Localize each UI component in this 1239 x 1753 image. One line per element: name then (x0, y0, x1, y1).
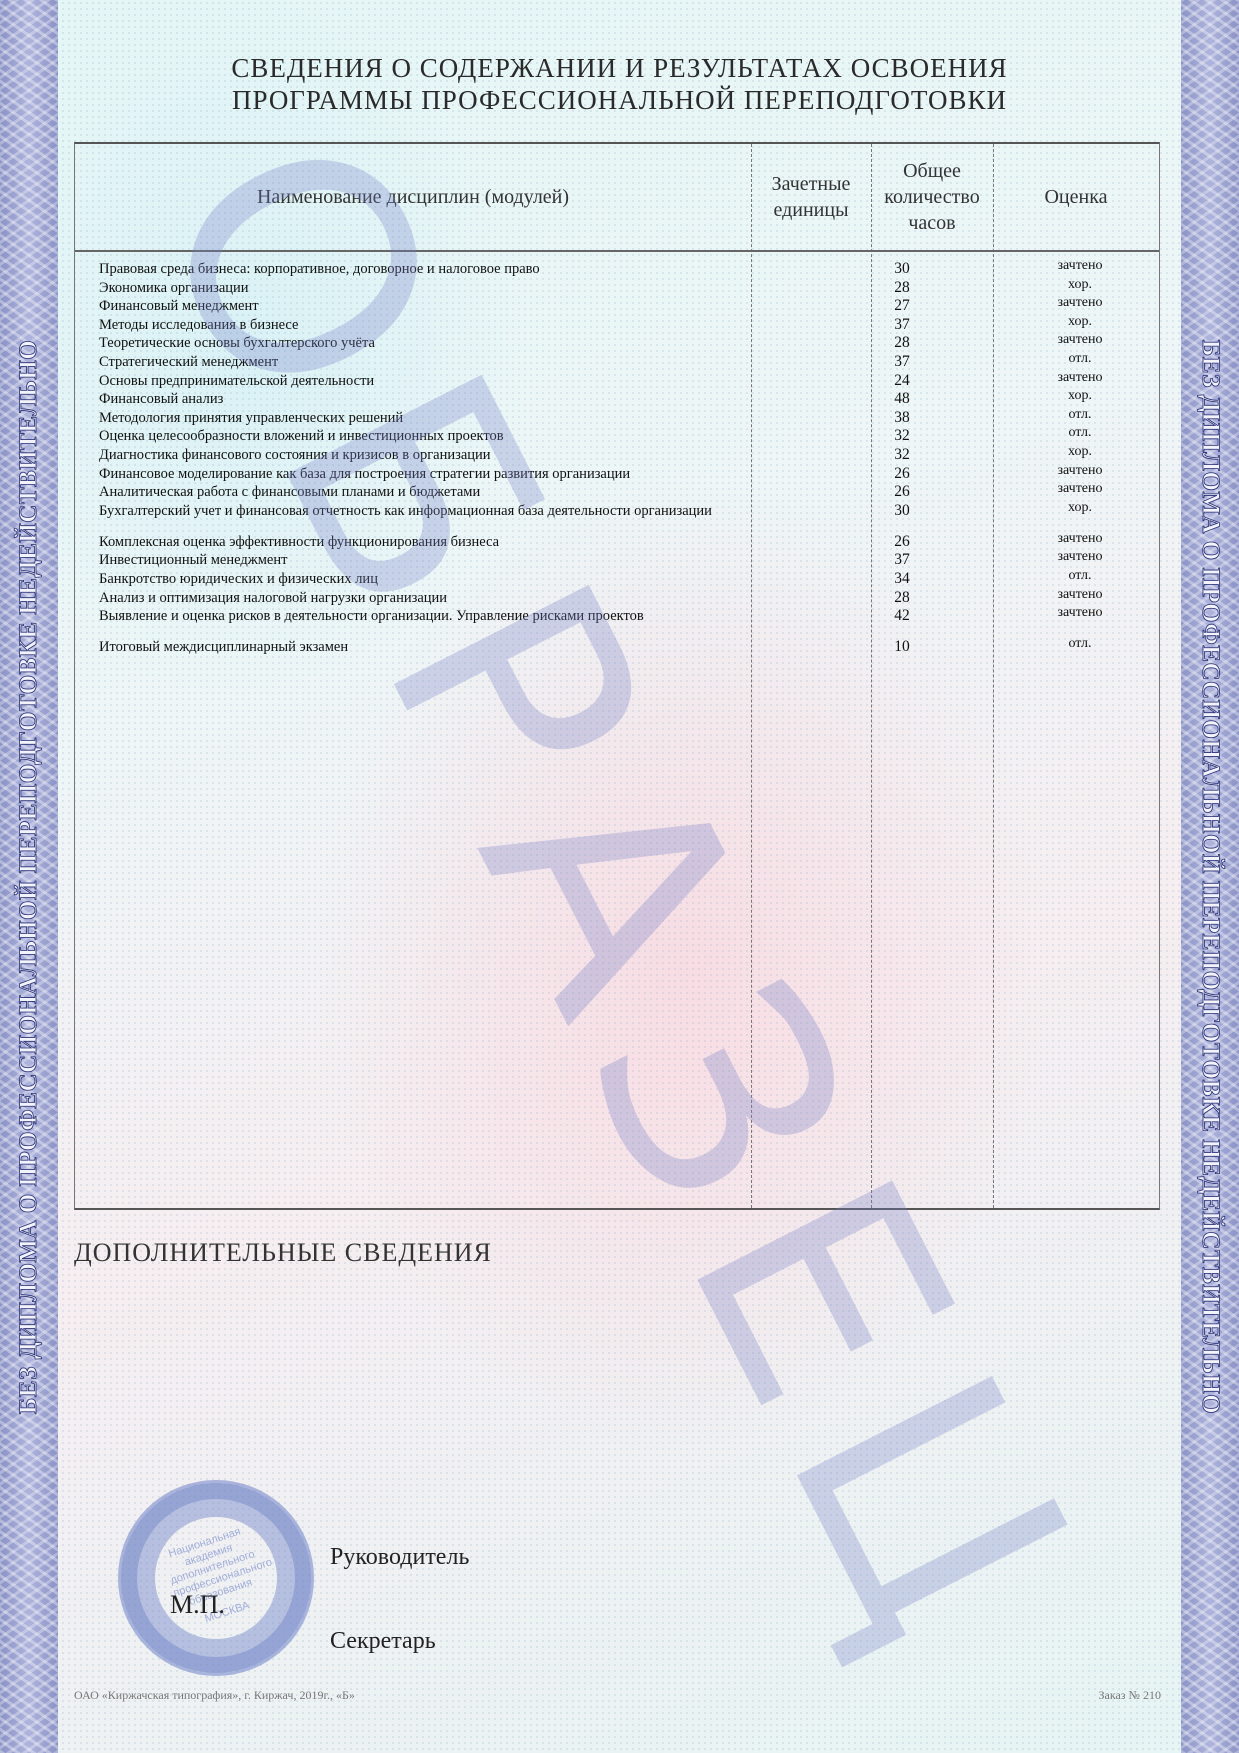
cell-hours: 10 (877, 639, 927, 655)
page-title: СВЕДЕНИЯ О СОДЕРЖАНИИ И РЕЗУЛЬТАТАХ ОСВО… (0, 52, 1239, 116)
cell-grade: зачтено (1030, 587, 1130, 603)
table-row: Методы исследования в бизнесе37хор. (75, 317, 1159, 336)
header-hours: Общее количество часов (871, 144, 993, 250)
cell-grade: хор. (1030, 444, 1130, 460)
cell-grade: отл. (1030, 425, 1130, 441)
header-hours-line: Общее (903, 158, 961, 184)
cell-grade: зачтено (1030, 549, 1130, 565)
table-row: Финансовый анализ48хор. (75, 391, 1159, 410)
cell-name: Инвестиционный менеджмент (99, 552, 739, 566)
cell-name: Оценка целесообразности вложений и инвес… (99, 428, 739, 442)
seal-label: М.П. (170, 1590, 225, 1620)
printer-imprint: ОАО «Киржачская типография», г. Киржач, … (74, 1688, 355, 1703)
cell-hours: 26 (877, 484, 927, 500)
header-credits-line: Зачетные (772, 171, 851, 197)
cell-name: Выявление и оценка рисков в деятельности… (99, 608, 739, 622)
cell-hours: 28 (877, 280, 927, 296)
cell-grade: зачтено (1030, 295, 1130, 311)
cell-name: Аналитическая работа с финансовыми плана… (99, 484, 739, 498)
cell-hours: 48 (877, 391, 927, 407)
cell-name: Методология принятия управленческих реше… (99, 410, 739, 424)
cell-hours: 27 (877, 298, 927, 314)
cell-hours: 37 (877, 354, 927, 370)
table-row: Методология принятия управленческих реше… (75, 410, 1159, 429)
table-row: Финансовый менеджмент27зачтено (75, 298, 1159, 317)
left-security-border: БЕЗ ДИПЛОМА О ПРОФЕССИОНАЛЬНОЙ ПЕРЕПОДГО… (0, 0, 58, 1753)
cell-grade: хор. (1030, 277, 1130, 293)
cell-name: Комплексная оценка эффективности функцио… (99, 534, 739, 548)
cell-hours: 37 (877, 552, 927, 568)
head-signature-label: Руководитель (330, 1544, 469, 1571)
additional-info-title: ДОПОЛНИТЕЛЬНЫЕ СВЕДЕНИЯ (74, 1238, 492, 1268)
cell-name: Экономика организации (99, 280, 739, 294)
table-row: Бухгалтерский учет и финансовая отчетнос… (75, 503, 1159, 534)
cell-name: Методы исследования в бизнесе (99, 317, 739, 331)
cell-name: Теоретические основы бухгалтерского учёт… (99, 335, 739, 349)
table-body: Правовая среда бизнеса: корпоративное, д… (75, 261, 1159, 658)
cell-grade: хор. (1030, 500, 1130, 516)
cell-name: Основы предпринимательской деятельности (99, 373, 739, 387)
table-row: Итоговый междисциплинарный экзамен10отл. (75, 639, 1159, 658)
table-header: Наименование дисциплин (модулей) Зачетны… (75, 144, 1159, 252)
cell-grade: хор. (1030, 314, 1130, 330)
cell-hours: 42 (877, 608, 927, 624)
table-row: Правовая среда бизнеса: корпоративное, д… (75, 261, 1159, 280)
cell-hours: 30 (877, 261, 927, 277)
right-security-border: БЕЗ ДИПЛОМА О ПРОФЕССИОНАЛЬНОЙ ПЕРЕПОДГО… (1181, 0, 1239, 1753)
cell-hours: 26 (877, 534, 927, 550)
official-stamp: Национальная академия дополнительного пр… (118, 1480, 314, 1676)
title-line-2: ПРОГРАММЫ ПРОФЕССИОНАЛЬНОЙ ПЕРЕПОДГОТОВК… (0, 84, 1239, 116)
cell-grade: зачтено (1030, 332, 1130, 348)
disciplines-table: Наименование дисциплин (модулей) Зачетны… (74, 142, 1160, 1210)
table-row: Аналитическая работа с финансовыми плана… (75, 484, 1159, 503)
cell-name: Бухгалтерский учет и финансовая отчетнос… (99, 503, 739, 517)
table-row: Банкротство юридических и физических лиц… (75, 571, 1159, 590)
cell-name: Стратегический менеджмент (99, 354, 739, 368)
cell-hours: 28 (877, 335, 927, 351)
cell-grade: отл. (1030, 568, 1130, 584)
table-row: Инвестиционный менеджмент37зачтено (75, 552, 1159, 571)
header-grade: Оценка (993, 144, 1159, 250)
cell-name: Итоговый междисциплинарный экзамен (99, 639, 739, 653)
table-row: Анализ и оптимизация налоговой нагрузки … (75, 590, 1159, 609)
cell-grade: зачтено (1030, 463, 1130, 479)
header-credits: Зачетные единицы (751, 144, 871, 250)
cell-hours: 38 (877, 410, 927, 426)
cell-name: Финансовое моделирование как база для по… (99, 466, 739, 480)
cell-name: Банкротство юридических и физических лиц (99, 571, 739, 585)
order-number: Заказ № 210 (1098, 1688, 1161, 1703)
cell-grade: хор. (1030, 388, 1130, 404)
cell-grade: зачтено (1030, 370, 1130, 386)
cell-grade: отл. (1030, 636, 1130, 652)
cell-hours: 37 (877, 317, 927, 333)
table-row: Финансовое моделирование как база для по… (75, 466, 1159, 485)
header-credits-line: единицы (773, 197, 848, 223)
cell-name: Правовая среда бизнеса: корпоративное, д… (99, 261, 739, 275)
table-row: Экономика организации28хор. (75, 280, 1159, 299)
cell-hours: 32 (877, 428, 927, 444)
secretary-signature-label: Секретарь (330, 1628, 436, 1655)
cell-name: Финансовый менеджмент (99, 298, 739, 312)
table-row: Комплексная оценка эффективности функцио… (75, 534, 1159, 553)
cell-hours: 32 (877, 447, 927, 463)
table-row: Теоретические основы бухгалтерского учёт… (75, 335, 1159, 354)
table-row: Основы предпринимательской деятельности2… (75, 373, 1159, 392)
header-hours-line: количество (884, 184, 979, 210)
table-row: Оценка целесообразности вложений и инвес… (75, 428, 1159, 447)
cell-grade: зачтено (1030, 605, 1130, 621)
border-warning-text: БЕЗ ДИПЛОМА О ПРОФЕССИОНАЛЬНОЙ ПЕРЕПОДГО… (1196, 339, 1224, 1413)
cell-hours: 30 (877, 503, 927, 519)
cell-hours: 26 (877, 466, 927, 482)
cell-name: Диагностика финансового состояния и криз… (99, 447, 739, 461)
cell-name: Анализ и оптимизация налоговой нагрузки … (99, 590, 739, 604)
cell-grade: зачтено (1030, 481, 1130, 497)
header-hours-line: часов (908, 210, 955, 236)
cell-hours: 28 (877, 590, 927, 606)
border-warning-text: БЕЗ ДИПЛОМА О ПРОФЕССИОНАЛЬНОЙ ПЕРЕПОДГО… (15, 339, 43, 1413)
table-row: Выявление и оценка рисков в деятельности… (75, 608, 1159, 639)
title-line-1: СВЕДЕНИЯ О СОДЕРЖАНИИ И РЕЗУЛЬТАТАХ ОСВО… (0, 52, 1239, 84)
header-discipline: Наименование дисциплин (модулей) (75, 144, 751, 250)
cell-name: Финансовый анализ (99, 391, 739, 405)
table-row: Диагностика финансового состояния и криз… (75, 447, 1159, 466)
table-row: Стратегический менеджмент37отл. (75, 354, 1159, 373)
cell-hours: 34 (877, 571, 927, 587)
cell-hours: 24 (877, 373, 927, 389)
cell-grade: зачтено (1030, 531, 1130, 547)
cell-grade: отл. (1030, 407, 1130, 423)
cell-grade: отл. (1030, 351, 1130, 367)
cell-grade: зачтено (1030, 258, 1130, 274)
